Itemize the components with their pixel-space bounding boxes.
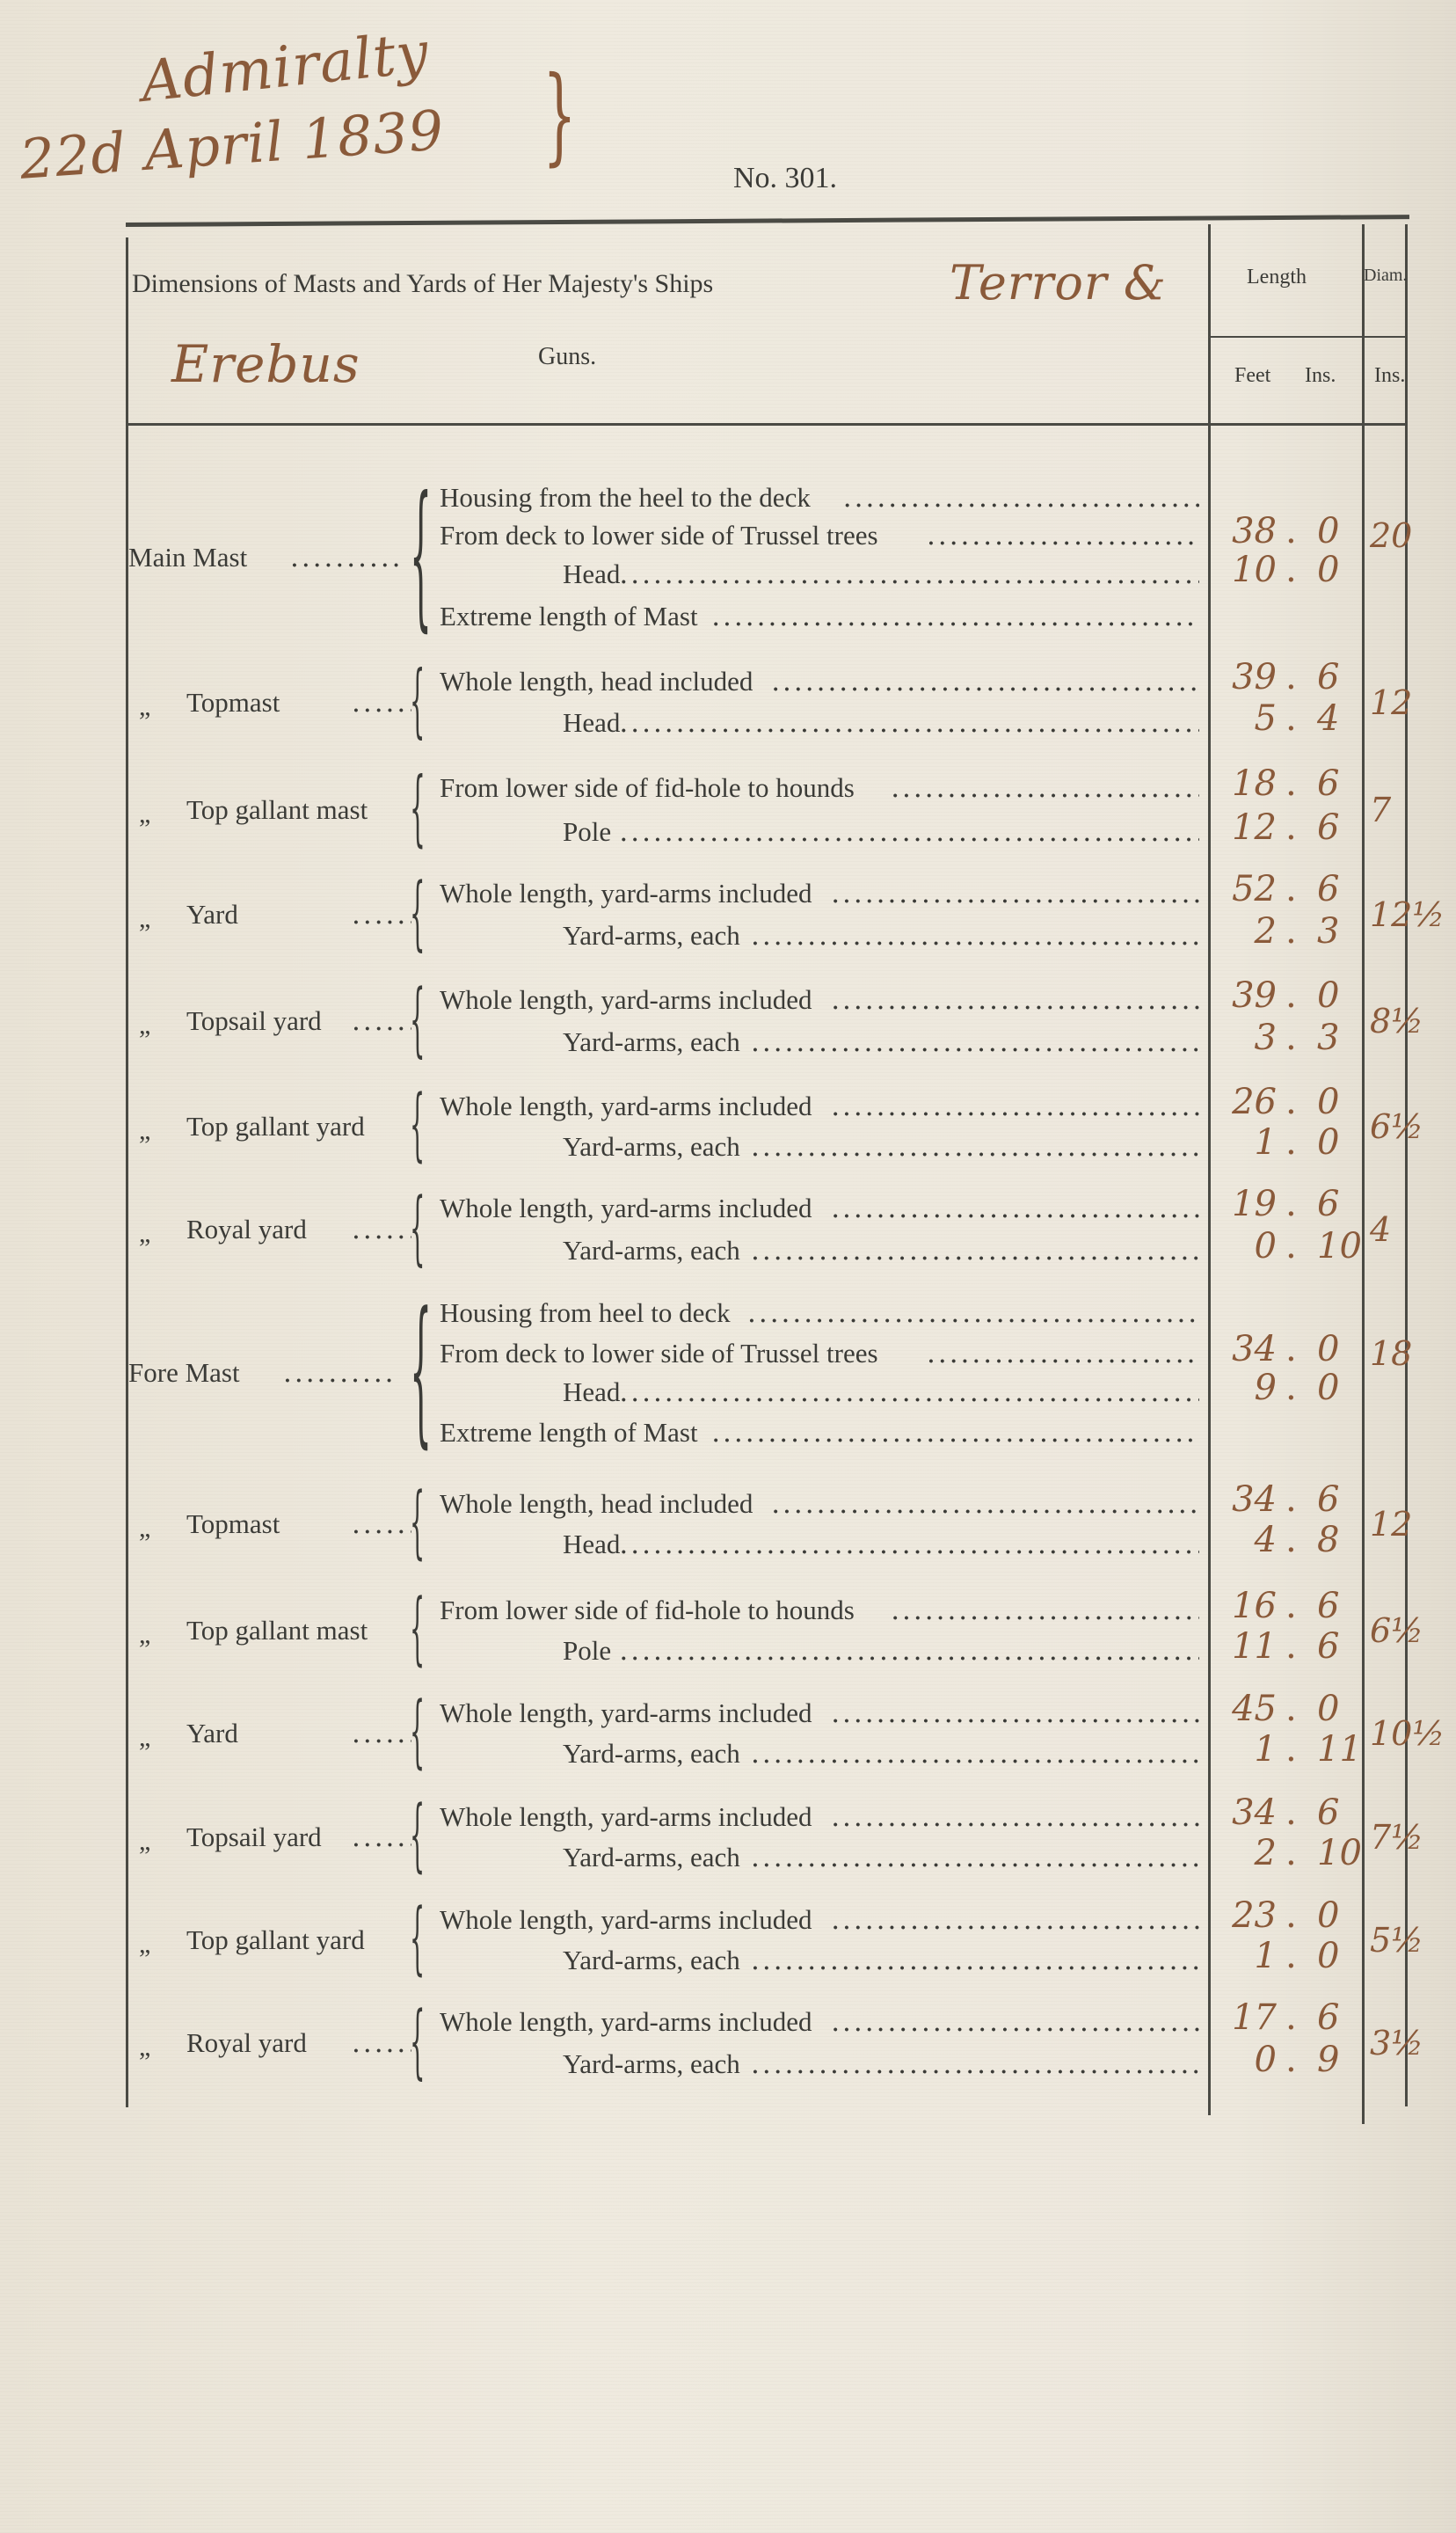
- length-separator: .: [1285, 511, 1297, 551]
- row-leader-dots: ........................................…: [771, 1488, 1199, 1520]
- ship-names-line1: Terror &: [950, 255, 1167, 310]
- length-ins-value: 4: [1317, 698, 1339, 739]
- ditto-mark: „: [139, 799, 150, 829]
- length-feet-value: 38: [1232, 511, 1277, 551]
- row-leader-dots: ........................................…: [831, 984, 1199, 1016]
- length-ins-value: 0: [1317, 1689, 1339, 1729]
- grouping-brace: {: [410, 477, 432, 634]
- row-label: Whole length, head included: [440, 1488, 753, 1520]
- row-leader-dots: ........................................…: [711, 601, 1199, 632]
- length-separator: .: [1285, 1368, 1297, 1408]
- length-feet-value: 10: [1232, 550, 1277, 590]
- length-ins-value: 0: [1317, 1122, 1339, 1163]
- length-feet-value: 39: [1232, 657, 1277, 697]
- header-mid-rule: [1210, 336, 1405, 338]
- length-ins-value: 0: [1317, 1329, 1339, 1369]
- section-leader-dots: ..........: [352, 1005, 411, 1037]
- length-feet-value: 17: [1232, 1997, 1277, 2038]
- annotation-brace: }: [542, 55, 577, 177]
- section-name: Topmast: [186, 687, 280, 719]
- length-feet-value: 19: [1232, 1184, 1277, 1224]
- row-label: Whole length, yard-arms included: [440, 1193, 812, 1224]
- length-feet-value: 0: [1255, 1226, 1277, 1266]
- length-separator: .: [1285, 1936, 1297, 1976]
- length-feet-value: 34: [1232, 1329, 1277, 1369]
- grouping-brace: {: [410, 1589, 425, 1668]
- ditto-mark: „: [139, 1827, 150, 1857]
- grouping-brace: {: [410, 1692, 425, 1771]
- table-left-border: [126, 237, 128, 2107]
- row-leader-dots: ........................................…: [831, 1801, 1199, 1833]
- section-name: Top gallant mast: [186, 794, 368, 826]
- length-separator: .: [1285, 1226, 1297, 1266]
- length-separator: .: [1285, 763, 1297, 804]
- section-name: Royal yard: [186, 1214, 307, 1245]
- grouping-brace: {: [410, 1292, 432, 1450]
- ditto-mark: „: [139, 1514, 150, 1544]
- row-label: Whole length, yard-arms included: [440, 984, 812, 1016]
- grouping-brace: {: [410, 1085, 425, 1164]
- diameter-value: 8½: [1370, 1002, 1423, 1040]
- row-label: Head: [563, 707, 620, 739]
- section-leader-dots: ..........: [290, 542, 411, 573]
- row-leader-dots: ........................................…: [751, 1131, 1199, 1163]
- section-name: Topsail yard: [186, 1005, 322, 1037]
- length-separator: .: [1285, 911, 1297, 952]
- grouping-brace: {: [410, 872, 426, 953]
- length-ins-value: 6: [1317, 1626, 1339, 1667]
- section-name: Fore Mast: [128, 1357, 240, 1389]
- length-feet-value: 9: [1255, 1368, 1277, 1408]
- length-ins-value: 6: [1317, 869, 1339, 909]
- length-ins-value: 0: [1317, 975, 1339, 1016]
- length-ins-value: 6: [1317, 1586, 1339, 1626]
- length-feet-value: 52: [1232, 869, 1277, 909]
- section-name: Topsail yard: [186, 1821, 322, 1853]
- row-leader-dots: ........................................…: [831, 1091, 1199, 1122]
- row-leader-dots: ........................................…: [831, 1697, 1199, 1729]
- section-name: Top gallant yard: [186, 1111, 365, 1142]
- length-feet-value: 4: [1255, 1520, 1277, 1560]
- section-name: Main Mast: [128, 542, 247, 573]
- length-separator: .: [1285, 1122, 1297, 1163]
- row-leader-dots: ........................................…: [619, 816, 1199, 848]
- length-separator: .: [1285, 1479, 1297, 1520]
- length-separator: .: [1285, 1626, 1297, 1667]
- row-label: Housing from the heel to the deck: [440, 482, 811, 514]
- length-feet-value: 16: [1232, 1586, 1277, 1626]
- row-label: Head: [563, 1376, 620, 1408]
- diameter-value: 18: [1370, 1334, 1412, 1373]
- length-feet-value: 45: [1232, 1689, 1277, 1729]
- length-ins-value: 0: [1317, 511, 1339, 551]
- length-feet-value: 2: [1255, 911, 1277, 952]
- grouping-brace: {: [410, 767, 426, 850]
- section-leader-dots: ..........: [352, 1718, 411, 1749]
- diameter-value: 7: [1370, 791, 1391, 829]
- length-ins-value: 11: [1317, 1729, 1362, 1770]
- ship-names-line2: Erebus: [171, 334, 360, 394]
- header-bottom-rule: [126, 423, 1405, 426]
- row-leader-dots: ........................................…: [751, 2048, 1199, 2080]
- section-leader-dots: ..........: [352, 2027, 411, 2059]
- guns-label: Guns.: [538, 343, 596, 371]
- section-leader-dots: ..........: [352, 899, 411, 931]
- length-header: Length: [1247, 266, 1307, 289]
- table-top-rule: [126, 215, 1409, 227]
- row-leader-dots: ........................................…: [831, 1904, 1199, 1936]
- ditto-mark: „: [139, 1219, 150, 1249]
- grouping-brace: {: [410, 1483, 425, 1562]
- row-label: Extreme length of Mast: [440, 1417, 698, 1449]
- row-label: Pole: [563, 1635, 611, 1667]
- row-leader-dots: ........................................…: [751, 920, 1199, 952]
- row-label: Yard-arms, each: [563, 1131, 740, 1163]
- form-number: No. 301.: [733, 162, 837, 195]
- row-label: Whole length, yard-arms included: [440, 1801, 812, 1833]
- length-ins-value: 0: [1317, 550, 1339, 590]
- diameter-value: 12: [1370, 1505, 1412, 1544]
- row-leader-dots: ........................................…: [831, 2006, 1199, 2038]
- length-separator: .: [1285, 1689, 1297, 1729]
- length-ins-value: 3: [1317, 911, 1339, 952]
- row-leader-dots: ........................................…: [751, 1945, 1199, 1976]
- row-leader-dots: ........................................…: [747, 1297, 1199, 1329]
- diameter-value: 6½: [1370, 1611, 1423, 1650]
- section-name: Yard: [186, 899, 238, 931]
- row-leader-dots: ........................................…: [843, 482, 1199, 514]
- length-ins-value: 6: [1317, 1792, 1339, 1833]
- section-leader-dots: ..........: [352, 1821, 411, 1853]
- section-leader-dots: ..........: [283, 1357, 411, 1389]
- length-separator: .: [1285, 550, 1297, 590]
- diameter-value: 20: [1370, 516, 1412, 555]
- length-separator: .: [1285, 807, 1297, 848]
- length-ins-value: 6: [1317, 1997, 1339, 2038]
- row-leader-dots: ........................................…: [927, 1338, 1199, 1369]
- table-title: Dimensions of Masts and Yards of Her Maj…: [132, 269, 713, 299]
- row-label: Pole: [563, 816, 611, 848]
- length-ins-value: 6: [1317, 763, 1339, 804]
- row-leader-dots: ........................................…: [711, 1417, 1199, 1449]
- length-separator: .: [1285, 1586, 1297, 1626]
- row-label: Whole length, head included: [440, 666, 753, 697]
- row-leader-dots: ........................................…: [927, 520, 1199, 551]
- length-separator: .: [1285, 1018, 1297, 1058]
- section-name: Topmast: [186, 1508, 280, 1540]
- length-separator: .: [1285, 1729, 1297, 1770]
- length-feet-value: 0: [1255, 2040, 1277, 2080]
- row-leader-dots: ........................................…: [751, 1235, 1199, 1266]
- section-name: Yard: [186, 1718, 238, 1749]
- length-separator: .: [1285, 1329, 1297, 1369]
- row-leader-dots: ........................................…: [619, 1529, 1199, 1560]
- row-label: Whole length, yard-arms included: [440, 878, 812, 909]
- row-leader-dots: ........................................…: [891, 1595, 1199, 1626]
- length-ins-value: 9: [1317, 2040, 1339, 2080]
- ditto-mark: „: [139, 692, 150, 722]
- length-ins-value: 6: [1317, 1479, 1339, 1520]
- length-separator: .: [1285, 975, 1297, 1016]
- length-ins-value: 10: [1317, 1833, 1362, 1873]
- length-ins-value: 0: [1317, 1936, 1339, 1976]
- grouping-brace: {: [410, 979, 426, 1060]
- grouping-brace: {: [410, 1187, 426, 1268]
- length-feet-value: 18: [1232, 763, 1277, 804]
- row-leader-dots: ........................................…: [751, 1738, 1199, 1770]
- row-label: From lower side of fid-hole to hounds: [440, 772, 855, 804]
- length-separator: .: [1285, 657, 1297, 697]
- ditto-mark: „: [139, 1723, 150, 1753]
- ditto-mark: „: [139, 2033, 150, 2062]
- row-leader-dots: ........................................…: [619, 707, 1199, 739]
- length-ins-value: 3: [1317, 1018, 1339, 1058]
- grouping-brace: {: [410, 2001, 426, 2082]
- row-label: Head: [563, 558, 620, 590]
- length-ins-value: 0: [1317, 1368, 1339, 1408]
- diameter-value: 7½: [1370, 1818, 1423, 1857]
- diameter-value: 12: [1370, 683, 1412, 722]
- length-feet-value: 12: [1232, 807, 1277, 848]
- length-separator: .: [1285, 1895, 1297, 1936]
- diameter-value: 4: [1370, 1210, 1391, 1249]
- length-separator: .: [1285, 1792, 1297, 1833]
- length-separator: .: [1285, 1082, 1297, 1122]
- row-label: From deck to lower side of Trussel trees: [440, 1338, 878, 1369]
- length-separator: .: [1285, 698, 1297, 739]
- ditto-mark: „: [139, 1116, 150, 1146]
- row-label: From deck to lower side of Trussel trees: [440, 520, 878, 551]
- length-ins-value: 0: [1317, 1895, 1339, 1936]
- ditto-mark: „: [139, 1011, 150, 1040]
- row-leader-dots: ........................................…: [619, 1376, 1199, 1408]
- diameter-value: 6½: [1370, 1107, 1423, 1146]
- row-label: Whole length, yard-arms included: [440, 1904, 812, 1936]
- length-ins-value: 6: [1317, 807, 1339, 848]
- section-name: Royal yard: [186, 2027, 307, 2059]
- length-separator: .: [1285, 1520, 1297, 1560]
- ditto-mark: „: [139, 904, 150, 934]
- length-feet-value: 3: [1255, 1018, 1277, 1058]
- length-ins-value: 10: [1317, 1226, 1362, 1266]
- row-label: Yard-arms, each: [563, 1738, 740, 1770]
- length-separator: .: [1285, 2040, 1297, 2080]
- diam-ins-header: Ins.: [1374, 364, 1405, 388]
- length-ins-value: 0: [1317, 1082, 1339, 1122]
- date-annotation: 22d April 1839: [18, 98, 446, 192]
- length-separator: .: [1285, 1833, 1297, 1873]
- row-label: Yard-arms, each: [563, 1026, 740, 1058]
- length-column-left-border: [1208, 224, 1211, 2115]
- row-leader-dots: ........................................…: [619, 1635, 1199, 1667]
- row-leader-dots: ........................................…: [751, 1842, 1199, 1873]
- length-feet-value: 11: [1232, 1626, 1277, 1667]
- length-feet-value: 34: [1232, 1479, 1277, 1520]
- length-feet-value: 39: [1232, 975, 1277, 1016]
- length-feet-value: 26: [1232, 1082, 1277, 1122]
- row-label: Extreme length of Mast: [440, 601, 698, 632]
- length-feet-value: 2: [1255, 1833, 1277, 1873]
- length-feet-value: 1: [1255, 1122, 1277, 1163]
- length-ins-value: 6: [1317, 1184, 1339, 1224]
- row-leader-dots: ........................................…: [831, 1193, 1199, 1224]
- section-leader-dots: ..........: [352, 1214, 411, 1245]
- section-leader-dots: ..........: [352, 687, 411, 719]
- grouping-brace: {: [410, 1899, 425, 1978]
- length-feet-value: 5: [1255, 698, 1277, 739]
- diameter-value: 12½: [1370, 895, 1445, 934]
- grouping-brace: {: [410, 1796, 425, 1875]
- row-label: Whole length, yard-arms included: [440, 1697, 812, 1729]
- row-label: Housing from heel to deck: [440, 1297, 731, 1329]
- length-separator: .: [1285, 869, 1297, 909]
- length-ins-header: Ins.: [1305, 364, 1336, 388]
- section-name: Top gallant mast: [186, 1615, 368, 1646]
- row-label: Yard-arms, each: [563, 1842, 740, 1873]
- diameter-value: 5½: [1370, 1921, 1423, 1960]
- length-ins-value: 6: [1317, 657, 1339, 697]
- diam-header: Diam.: [1364, 266, 1407, 286]
- row-leader-dots: ........................................…: [751, 1026, 1199, 1058]
- row-label: From lower side of fid-hole to hounds: [440, 1595, 855, 1626]
- diameter-value: 10½: [1370, 1714, 1445, 1753]
- row-label: Yard-arms, each: [563, 2048, 740, 2080]
- length-feet-value: 23: [1232, 1895, 1277, 1936]
- length-feet-value: 1: [1255, 1936, 1277, 1976]
- row-leader-dots: ........................................…: [771, 666, 1199, 697]
- row-label: Head: [563, 1529, 620, 1560]
- row-leader-dots: ........................................…: [891, 772, 1199, 804]
- row-label: Whole length, yard-arms included: [440, 2006, 812, 2038]
- length-feet-value: 34: [1232, 1792, 1277, 1833]
- row-label: Yard-arms, each: [563, 1945, 740, 1976]
- diam-column-left-border: [1362, 224, 1365, 2124]
- ditto-mark: „: [139, 1620, 150, 1650]
- length-separator: .: [1285, 1997, 1297, 2038]
- section-leader-dots: ..........: [352, 1508, 411, 1540]
- feet-header: Feet: [1234, 364, 1270, 388]
- length-ins-value: 8: [1317, 1520, 1339, 1560]
- ditto-mark: „: [139, 1930, 150, 1960]
- section-name: Top gallant yard: [186, 1924, 365, 1956]
- length-separator: .: [1285, 1184, 1297, 1224]
- row-label: Yard-arms, each: [563, 920, 740, 952]
- row-leader-dots: ........................................…: [619, 558, 1199, 590]
- row-label: Yard-arms, each: [563, 1235, 740, 1266]
- length-feet-value: 1: [1255, 1729, 1277, 1770]
- row-label: Whole length, yard-arms included: [440, 1091, 812, 1122]
- row-leader-dots: ........................................…: [831, 878, 1199, 909]
- diameter-value: 3½: [1370, 2024, 1423, 2062]
- grouping-brace: {: [410, 661, 425, 741]
